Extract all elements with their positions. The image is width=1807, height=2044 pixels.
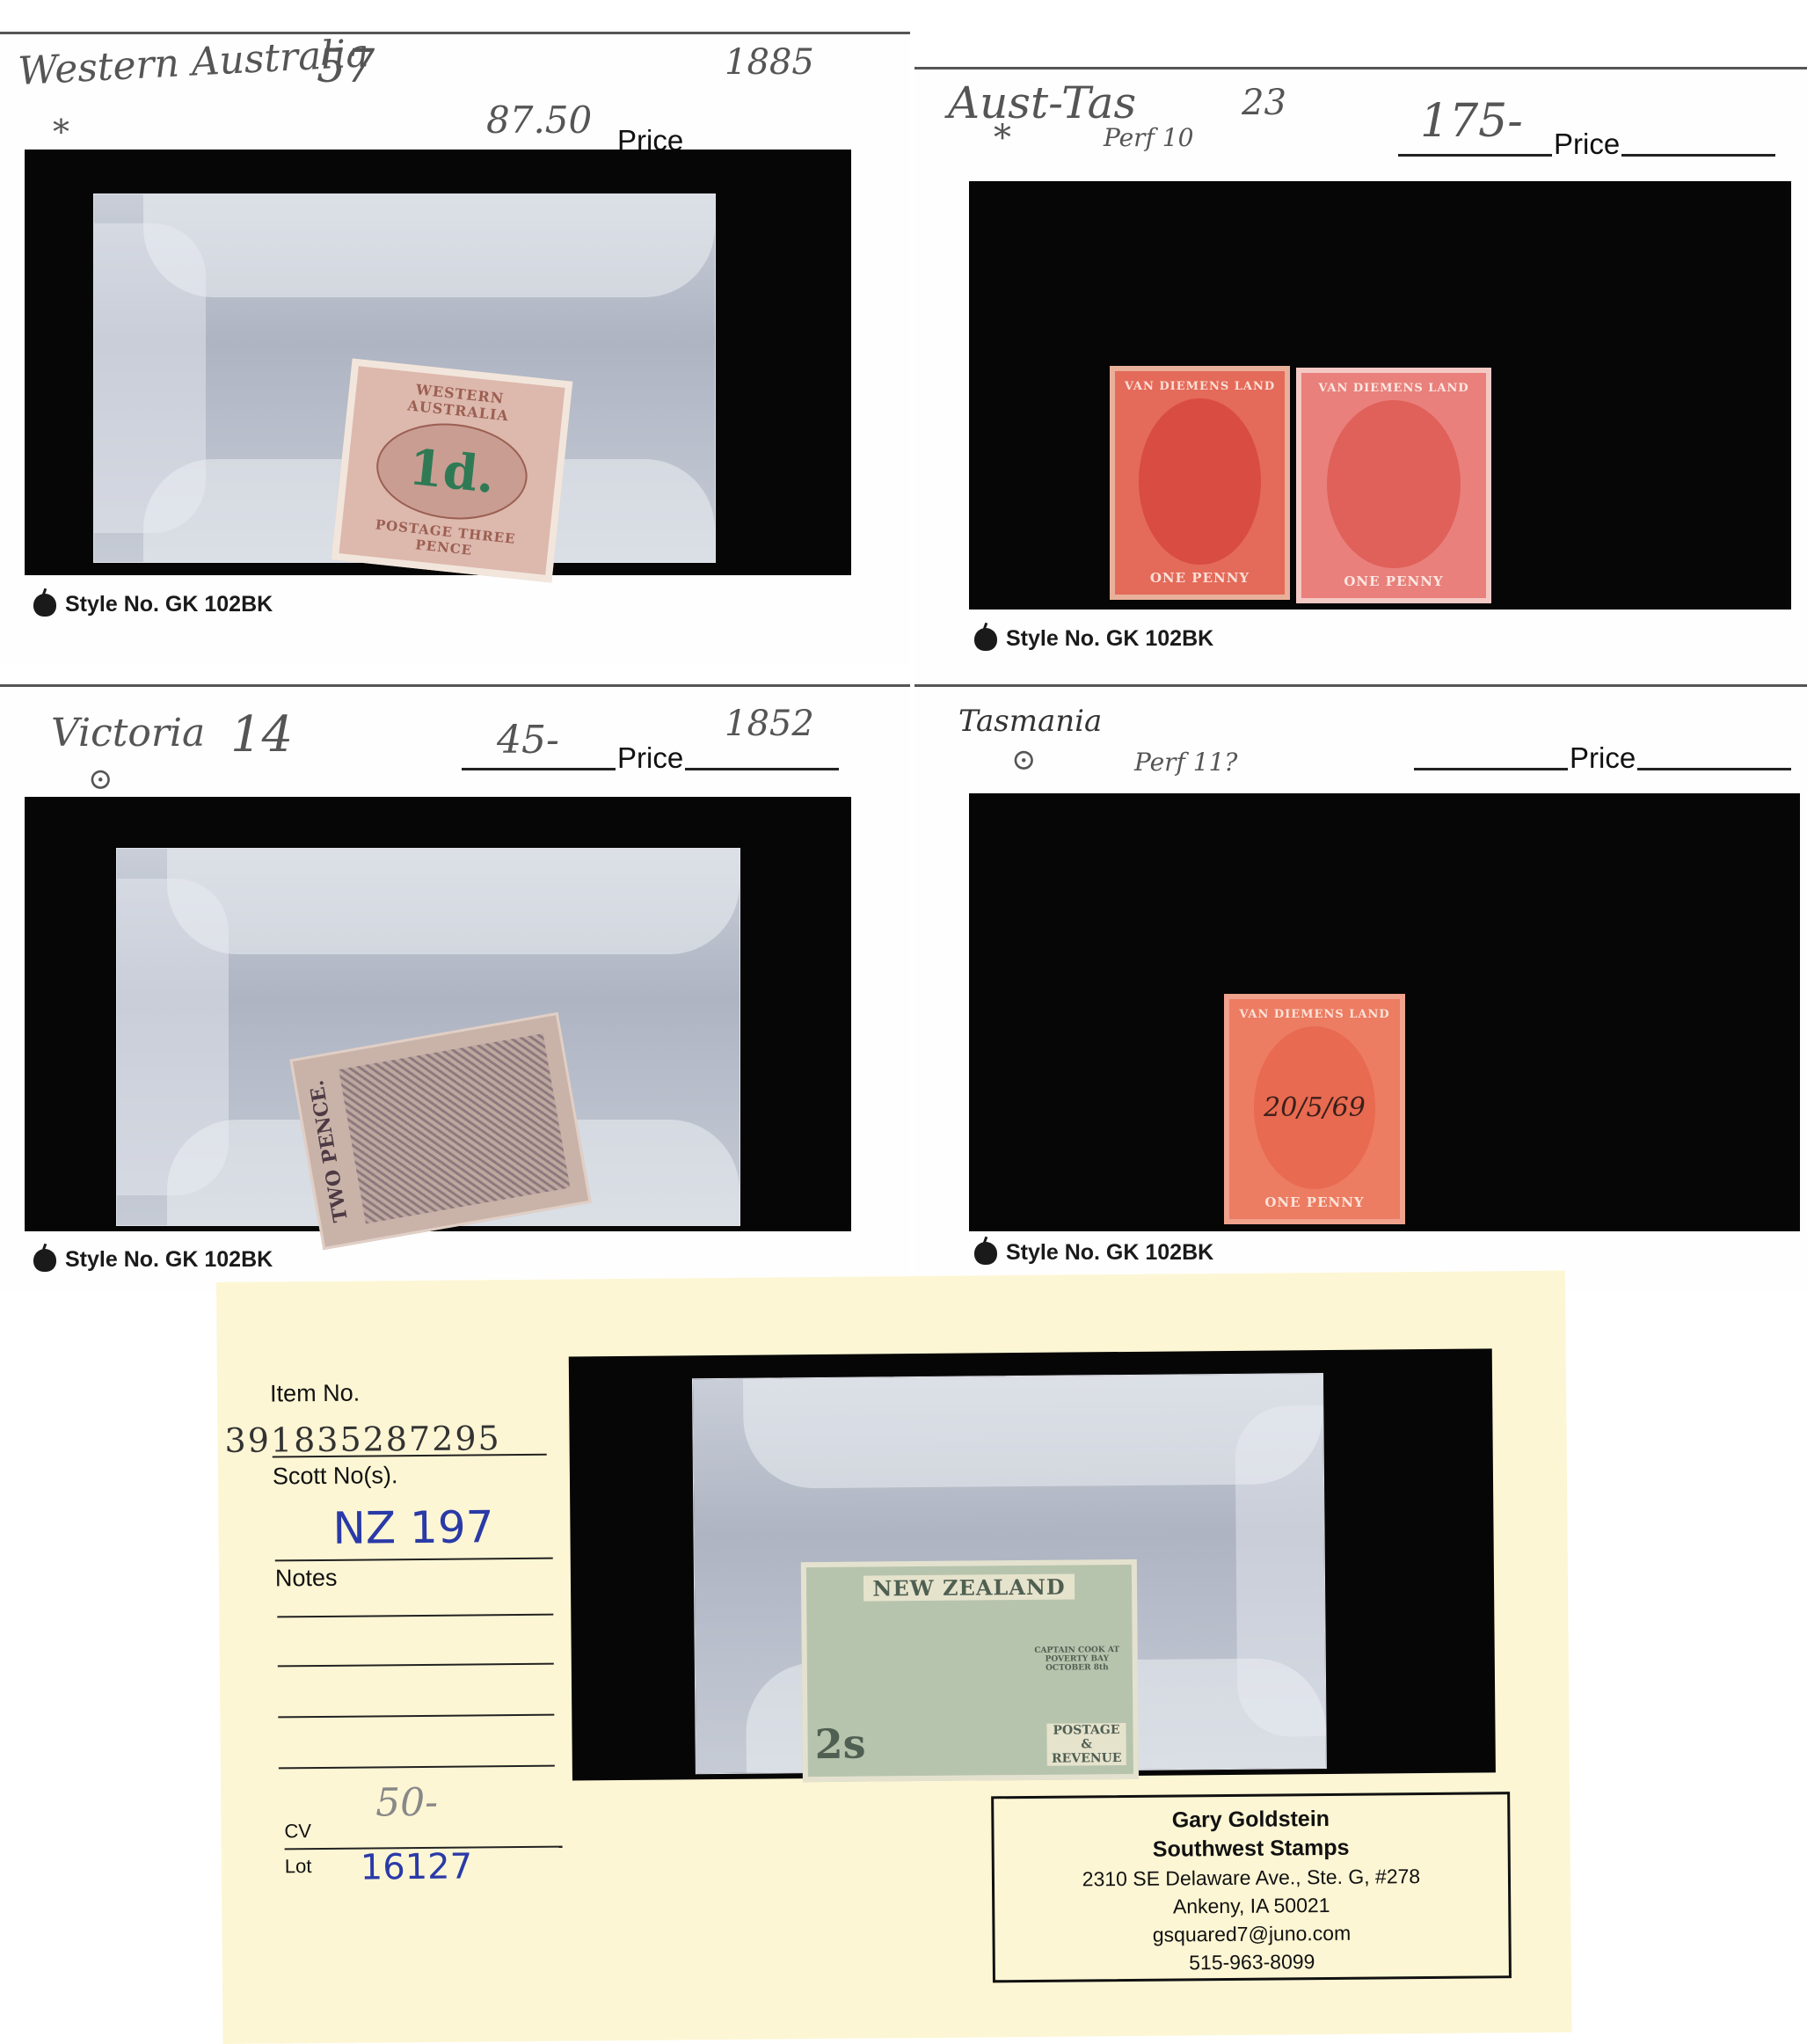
stamp-caption: CAPTAIN COOK AT POVERTY BAY OCTOBER 8th	[1029, 1645, 1126, 1672]
price-row: Price	[1414, 726, 1791, 770]
notes-line-2	[278, 1663, 554, 1668]
handwritten-country: Tasmania	[958, 704, 1102, 739]
style-number: Style No. GK 102BK	[33, 592, 273, 617]
scott-no-label: Scott No(s).	[273, 1462, 398, 1490]
price-row: 45- Price	[462, 726, 839, 770]
stamp-van-diemens-land-1: VAN DIEMENS LAND ONE PENNY	[1110, 366, 1290, 600]
apple-logo-icon	[974, 628, 997, 651]
card-divider	[914, 67, 1807, 69]
dealer-name: Gary Goldstein	[994, 1803, 1507, 1836]
handwritten-scott-no: 57	[317, 40, 375, 93]
handwritten-country: Aust-Tas	[948, 77, 1136, 128]
handwritten-scott-no: 14	[230, 706, 293, 763]
price-field	[1637, 726, 1791, 770]
card-divider	[0, 32, 910, 34]
stock-card-victoria: Victoria 14 ⊙ 1852 45- Price TWO PENCE. …	[0, 684, 910, 1291]
dealer-address-box: Gary Goldstein Southwest Stamps 2310 SE …	[991, 1792, 1512, 1982]
dealer-stock-card: Item No. 391835287295 Scott No(s). NZ 19…	[216, 1271, 1571, 2044]
stamp-new-zealand-captain-cook: NEW ZEALAND CAPTAIN COOK AT POVERTY BAY …	[801, 1559, 1139, 1782]
cv-value: 50-	[375, 1780, 438, 1826]
scott-no-value: NZ 197	[332, 1501, 493, 1554]
lot-label: Lot	[285, 1855, 312, 1878]
notes-label: Notes	[275, 1565, 338, 1593]
black-mount: TWO PENCE.	[25, 797, 851, 1231]
black-mount: NEW ZEALAND CAPTAIN COOK AT POVERTY BAY …	[569, 1348, 1496, 1780]
handwritten-perf-note: Perf 10	[1104, 123, 1193, 152]
notes-line-1	[277, 1614, 553, 1618]
price-label: Price	[1552, 129, 1621, 158]
card-divider	[914, 684, 1807, 687]
style-number: Style No. GK 102BK	[974, 1240, 1213, 1266]
condition-mark: ⊙	[88, 762, 113, 797]
dealer-city: Ankeny, IA 50021	[995, 1889, 1508, 1922]
stamp-van-diemens-land-2: VAN DIEMENS LAND ONE PENNY	[1296, 368, 1491, 603]
condition-mark: *	[53, 113, 69, 151]
catalog-value-field: 87.50	[462, 109, 616, 153]
notes-line-4	[279, 1765, 555, 1770]
style-number: Style No. GK 102BK	[33, 1247, 273, 1273]
item-no-label: Item No.	[270, 1380, 360, 1408]
surcharge-overprint: 1d.	[406, 438, 498, 505]
black-mount: WESTERN AUSTRALIA 1d. POSTAGE THREE PENC…	[25, 150, 851, 575]
lot-value: 16127	[361, 1846, 473, 1887]
apple-logo-icon	[974, 1242, 997, 1265]
price-label: Price	[616, 743, 685, 772]
handwritten-catalog-value: 175-	[1420, 95, 1523, 148]
handwritten-scott-no: 23	[1242, 83, 1286, 123]
price-row: 175- Price	[1398, 113, 1775, 157]
stock-card-aust-tas: Aust-Tas * Perf 10 23 175- Price VAN DIE…	[914, 67, 1807, 683]
dealer-email[interactable]: gsquared7@juno.com	[995, 1917, 1508, 1950]
apple-logo-icon	[33, 1249, 56, 1272]
dealer-company: Southwest Stamps	[995, 1832, 1508, 1865]
price-label: Price	[1568, 743, 1637, 772]
style-number: Style No. GK 102BK	[974, 626, 1213, 652]
price-field	[1621, 113, 1775, 157]
pen-cancel: 20/5/69	[1264, 1092, 1366, 1123]
scott-no-line	[275, 1558, 553, 1562]
stamp-van-diemens-land-pen-cancelled: VAN DIEMENS LAND 20/5/69 ONE PENNY	[1224, 994, 1405, 1224]
stamp-western-australia-swan: WESTERN AUSTRALIA 1d. POSTAGE THREE PENC…	[332, 358, 573, 582]
dealer-street: 2310 SE Delaware Ave., Ste. G, #278	[995, 1861, 1508, 1894]
dealer-phone: 515-963-8099	[995, 1945, 1509, 1978]
price-field	[685, 726, 839, 770]
handwritten-perf-note: Perf 11?	[1134, 748, 1237, 777]
handwritten-catalog-value: 45-	[497, 718, 559, 763]
stock-card-tasmania: Tasmania ⊙ Perf 11? Price VAN DIEMENS LA…	[914, 684, 1807, 1291]
catalog-value-field: 45-	[462, 726, 616, 770]
card-divider	[0, 684, 910, 687]
notes-line-3	[278, 1714, 554, 1719]
cv-label: CV	[284, 1820, 311, 1843]
black-mount: VAN DIEMENS LAND 20/5/69 ONE PENNY	[969, 793, 1800, 1231]
handwritten-country: Victoria	[51, 711, 205, 756]
stock-card-western-australia: Western Australia 57 * 1885 87.50 Price …	[0, 32, 910, 665]
price-row: 87.50 Price	[462, 109, 839, 153]
black-mount: VAN DIEMENS LAND ONE PENNY VAN DIEMENS L…	[969, 181, 1791, 610]
condition-mark: ⊙	[1011, 742, 1037, 777]
handwritten-year: 1885	[725, 42, 814, 83]
apple-logo-icon	[33, 594, 56, 617]
price-field	[685, 109, 839, 153]
condition-mark: *	[994, 118, 1011, 158]
catalog-value-field: 175-	[1398, 113, 1552, 157]
handwritten-catalog-value: 87.50	[486, 99, 592, 142]
catalog-value-field	[1414, 726, 1568, 770]
